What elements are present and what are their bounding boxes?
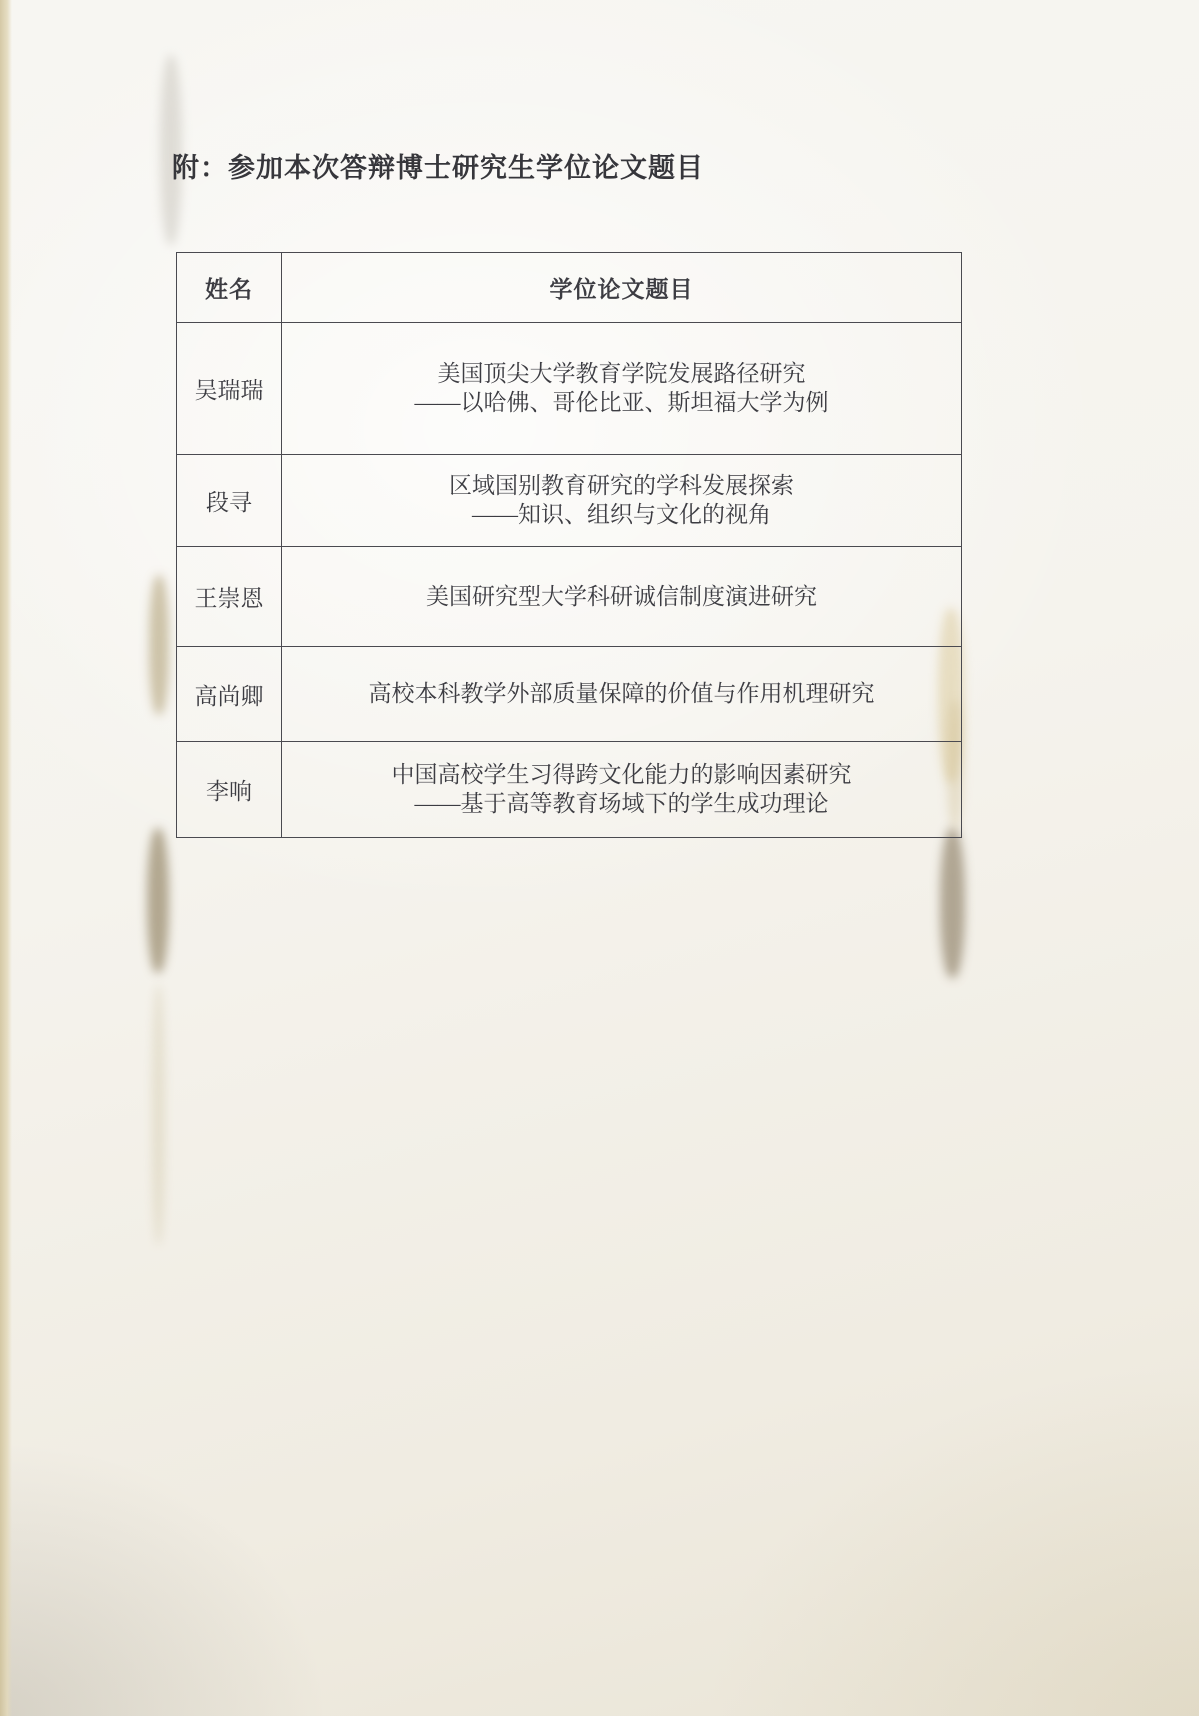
thesis-subtitle-line: ——基于高等教育场域下的学生成功理论 <box>282 790 961 818</box>
smudge-artifact <box>147 828 169 973</box>
table-row: 王崇恩 美国研究型大学科研诚信制度演进研究 <box>177 547 962 647</box>
student-name: 高尚卿 <box>177 647 282 742</box>
thesis-subtitle-line: ——以哈佛、哥伦比亚、斯坦福大学为例 <box>282 389 961 417</box>
table-row: 吴瑞瑞 美国顶尖大学教育学院发展路径研究 ——以哈佛、哥伦比亚、斯坦福大学为例 <box>177 323 962 455</box>
thesis-subtitle-line: ——知识、组织与文化的视角 <box>282 501 961 529</box>
thesis-title-cell: 高校本科教学外部质量保障的价值与作用机理研究 <box>282 647 962 742</box>
thesis-title-line: 中国高校学生习得跨文化能力的影响因素研究 <box>282 761 961 789</box>
thesis-titles-table: 姓名 学位论文题目 吴瑞瑞 美国顶尖大学教育学院发展路径研究 ——以哈佛、哥伦比… <box>176 252 962 838</box>
table-header-row: 姓名 学位论文题目 <box>177 253 962 323</box>
table-row: 段寻 区域国别教育研究的学科发展探索 ——知识、组织与文化的视角 <box>177 455 962 547</box>
smudge-artifact <box>149 575 169 715</box>
thesis-title-line: 高校本科教学外部质量保障的价值与作用机理研究 <box>282 680 961 708</box>
thesis-title-line: 美国研究型大学科研诚信制度演进研究 <box>282 583 961 611</box>
attachment-heading: 附：参加本次答辩博士研究生学位论文题目 <box>172 146 704 185</box>
thesis-title-line: 区域国别教育研究的学科发展探索 <box>282 472 961 500</box>
table-row: 李响 中国高校学生习得跨文化能力的影响因素研究 ——基于高等教育场域下的学生成功… <box>177 742 962 838</box>
scanned-document-page: 附：参加本次答辩博士研究生学位论文题目 姓名 学位论文题目 吴瑞瑞 美国顶尖大学… <box>0 0 1199 1716</box>
student-name: 李响 <box>177 742 282 838</box>
smudge-artifact <box>940 828 965 978</box>
student-name: 吴瑞瑞 <box>177 323 282 455</box>
header-thesis-title: 学位论文题目 <box>282 253 962 323</box>
thesis-title-cell: 美国研究型大学科研诚信制度演进研究 <box>282 547 962 647</box>
paper-edge-strip <box>0 0 12 1716</box>
thesis-title-line: 美国顶尖大学教育学院发展路径研究 <box>282 360 961 388</box>
student-name: 王崇恩 <box>177 547 282 647</box>
header-name: 姓名 <box>177 253 282 323</box>
thesis-title-cell: 区域国别教育研究的学科发展探索 ——知识、组织与文化的视角 <box>282 455 962 547</box>
table-row: 高尚卿 高校本科教学外部质量保障的价值与作用机理研究 <box>177 647 962 742</box>
thesis-title-cell: 美国顶尖大学教育学院发展路径研究 ——以哈佛、哥伦比亚、斯坦福大学为例 <box>282 323 962 455</box>
smudge-artifact <box>152 985 165 1245</box>
student-name: 段寻 <box>177 455 282 547</box>
thesis-title-cell: 中国高校学生习得跨文化能力的影响因素研究 ——基于高等教育场域下的学生成功理论 <box>282 742 962 838</box>
